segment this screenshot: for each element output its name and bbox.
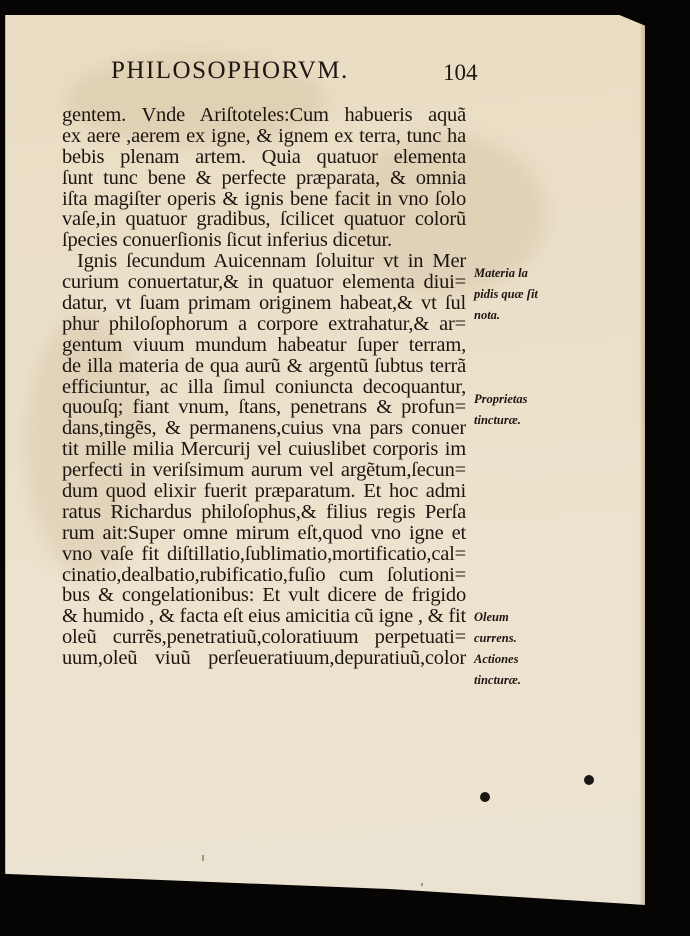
text-line: bebis plenam artem. Quia quatuor element… (62, 147, 466, 168)
margin-note-line: nota. (474, 305, 538, 326)
text-line: ratus Richardus philoſophus,& filius reg… (62, 502, 466, 523)
text-line: ex aere ,aerem ex igne, & ignem ex terra… (62, 126, 466, 147)
text-line: dum quod elixir fuerit præparatum. Et ho… (62, 481, 466, 502)
text-line: gentem. Vnde Ariſtoteles:Cum habueris aq… (62, 105, 466, 126)
text-line: uum,oleũ viuũ perſeueratiuum,depuratiuũ,… (62, 648, 466, 669)
ink-dot-mark (584, 775, 594, 785)
text-line: phur philoſophorum a corpore extrahatur,… (62, 314, 466, 335)
margin-note-line: Oleum (474, 607, 521, 628)
running-head: PHILOSOPHORVM. (111, 57, 349, 85)
paper-speck (202, 855, 204, 861)
margin-note-oleum: Oleum currens. Actiones tincturæ. (474, 607, 521, 691)
text-line: iſta magiſter operis & ignis bene facit … (62, 189, 466, 210)
margin-note-line: Materia la (474, 263, 538, 284)
text-line: de illa materia de qua aurũ & argentũ ſu… (62, 356, 466, 377)
page-number: 104 (443, 60, 478, 86)
text-line: & humido , & facta eſt eius amicitia cũ … (62, 606, 466, 627)
book-page: PHILOSOPHORVM. 104 gentem. Vnde Ariſtote… (5, 15, 645, 905)
text-line: datur, vt ſuam primam originem habeat,& … (62, 293, 466, 314)
text-line: rum ait:Super omne mirum eſt,quod vno ig… (62, 523, 466, 544)
margin-note-materia: Materia la pidis quæ ſit nota. (474, 263, 538, 326)
text-line: cinatio,dealbatio,rubificatio,fuſio cum … (62, 565, 466, 586)
text-line: ſunt tunc bene & perfecte præparata, & o… (62, 168, 466, 189)
ink-dot-mark (480, 792, 490, 802)
paragraph-start-line: Ignis ſecundum Auicennam ſoluitur vt in … (62, 251, 466, 272)
text-line: tit mille milia Mercurij vel cuiuslibet … (62, 439, 466, 460)
text-line: dans,tingẽs, & permanens,cuius vna pars … (62, 418, 466, 439)
margin-note-line: tincturæ. (474, 410, 527, 431)
text-line: vno vaſe fit diſtillatio,ſublimatio,mort… (62, 544, 466, 565)
body-text: gentem. Vnde Ariſtoteles:Cum habueris aq… (62, 105, 472, 669)
paper-speck (421, 883, 423, 886)
margin-note-line: pidis quæ ſit (474, 284, 538, 305)
text-line: perfecti in veriſsimum aurum vel argẽtum… (62, 460, 466, 481)
text-line: gentum viuum mundum habeatur ſuper terra… (62, 335, 466, 356)
margin-note-line: currens. (474, 628, 521, 649)
margin-note-line: tincturæ. (474, 670, 521, 691)
text-line: curium conuertatur,& in quatuor elementa… (62, 272, 466, 293)
text-line: efficiuntur, ac illa ſimul coniuncta dec… (62, 377, 466, 398)
margin-note-proprietas: Proprietas tincturæ. (474, 389, 527, 431)
text-line: oleũ currẽs,penetratiuũ,coloratiuum perp… (62, 627, 466, 648)
text-line: bus & congelationibus: Et vult dicere de… (62, 585, 466, 606)
text-line: ſpecies conuerſionis ſicut inferius dice… (62, 230, 466, 251)
text-line: quouſq; fiant vnum, ſtans, penetrans & p… (62, 397, 466, 418)
text-line: vaſe,in quatuor gradibus, ſcilicet quatu… (62, 209, 466, 230)
page-header: PHILOSOPHORVM. 104 (106, 55, 476, 91)
margin-note-line: Actiones (474, 649, 521, 670)
scanned-page-view: PHILOSOPHORVM. 104 gentem. Vnde Ariſtote… (0, 0, 690, 936)
margin-note-line: Proprietas (474, 389, 527, 410)
